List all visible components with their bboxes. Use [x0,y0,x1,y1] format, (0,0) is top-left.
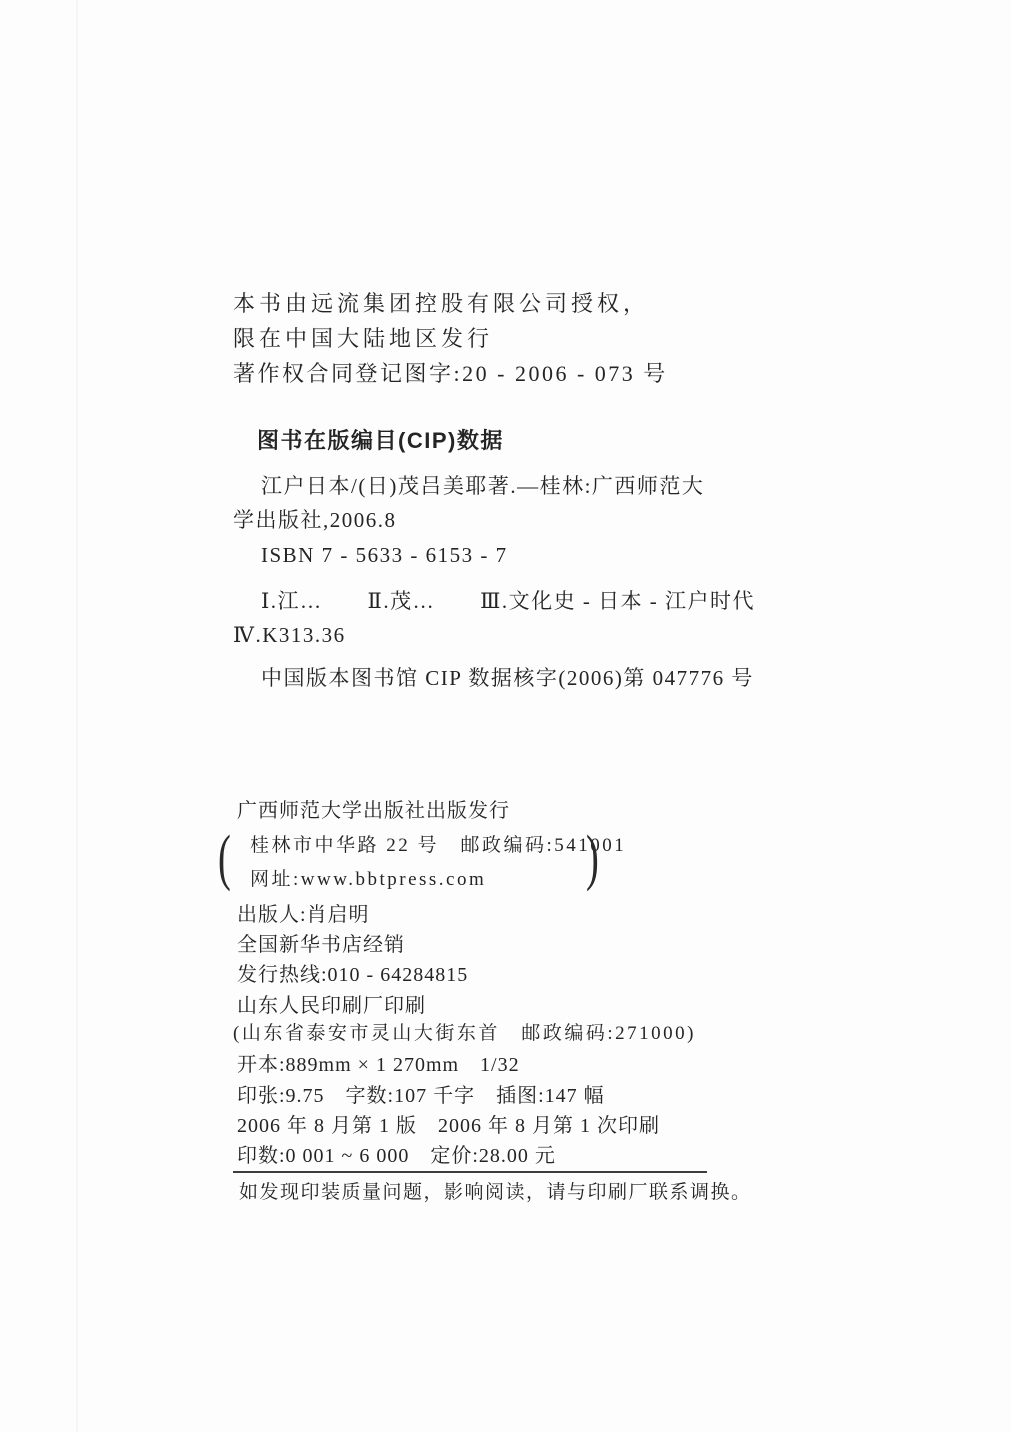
copyright-registration-number: 著作权合同登记图字:20 - 2006 - 073 号 [233,361,668,387]
isbn-number: ISBN 7 - 5633 - 6153 - 7 [261,543,508,568]
publisher-line: 广西师范大学出版社出版发行 [237,799,510,823]
quality-note: 如发现印装质量问题，影响阅读，请与印刷厂联系调换。 [239,1182,752,1205]
impressions-line: 印张:9.75 字数:107 千字 插图:147 幅 [237,1084,605,1108]
print-run-price-line: 印数:0 001 ~ 6 000 定价:28.00 元 [237,1144,556,1168]
scan-artifact-streak [76,0,78,1432]
format-line: 开本:889mm × 1 270mm 1/32 [237,1053,520,1077]
issuer-line: 出版人:肖启明 [237,903,370,927]
copyright-page: 本书由远流集团控股有限公司授权， 限在中国大陆地区发行 著作权合同登记图字:20… [0,0,1011,1432]
cip-header: 图书在版编目(CIP)数据 [257,428,504,454]
distribution-hotline: 发行热线:010 - 64284815 [237,963,468,987]
cip-title-line-2: 学出版社,2006.8 [233,508,397,533]
authorization-line-1: 本书由远流集团控股有限公司授权， [233,291,649,317]
cip-title-line-1: 江户日本/(日)茂吕美耶著.—桂林:广西师范大 [261,474,704,499]
distribution-line: 全国新华书店经销 [237,933,405,957]
printer-line: 山东人民印刷厂印刷 [237,994,426,1018]
publisher-website: 网址:www.bbtpress.com [250,869,486,892]
printer-address: (山东省泰安市灵山大街东首 邮政编码:271000) [233,1023,696,1046]
printer-note-divider [233,1171,707,1173]
cip-registry-number: 中国版本图书馆 CIP 数据核字(2006)第 047776 号 [261,666,754,691]
publisher-address: 桂林市中华路 22 号 邮政编码:541001 [250,835,626,858]
authorization-line-2: 限在中国大陆地区发行 [233,326,493,352]
close-paren-glyph: ) [586,824,599,892]
cip-classification-line-1: Ⅰ.江… Ⅱ.茂… Ⅲ.文化史 - 日本 - 江户时代 [261,589,755,614]
cip-classification-line-2: Ⅳ.K313.36 [233,623,346,648]
open-paren-glyph: ( [218,824,231,892]
edition-line: 2006 年 8 月第 1 版 2006 年 8 月第 1 次印刷 [237,1114,660,1138]
